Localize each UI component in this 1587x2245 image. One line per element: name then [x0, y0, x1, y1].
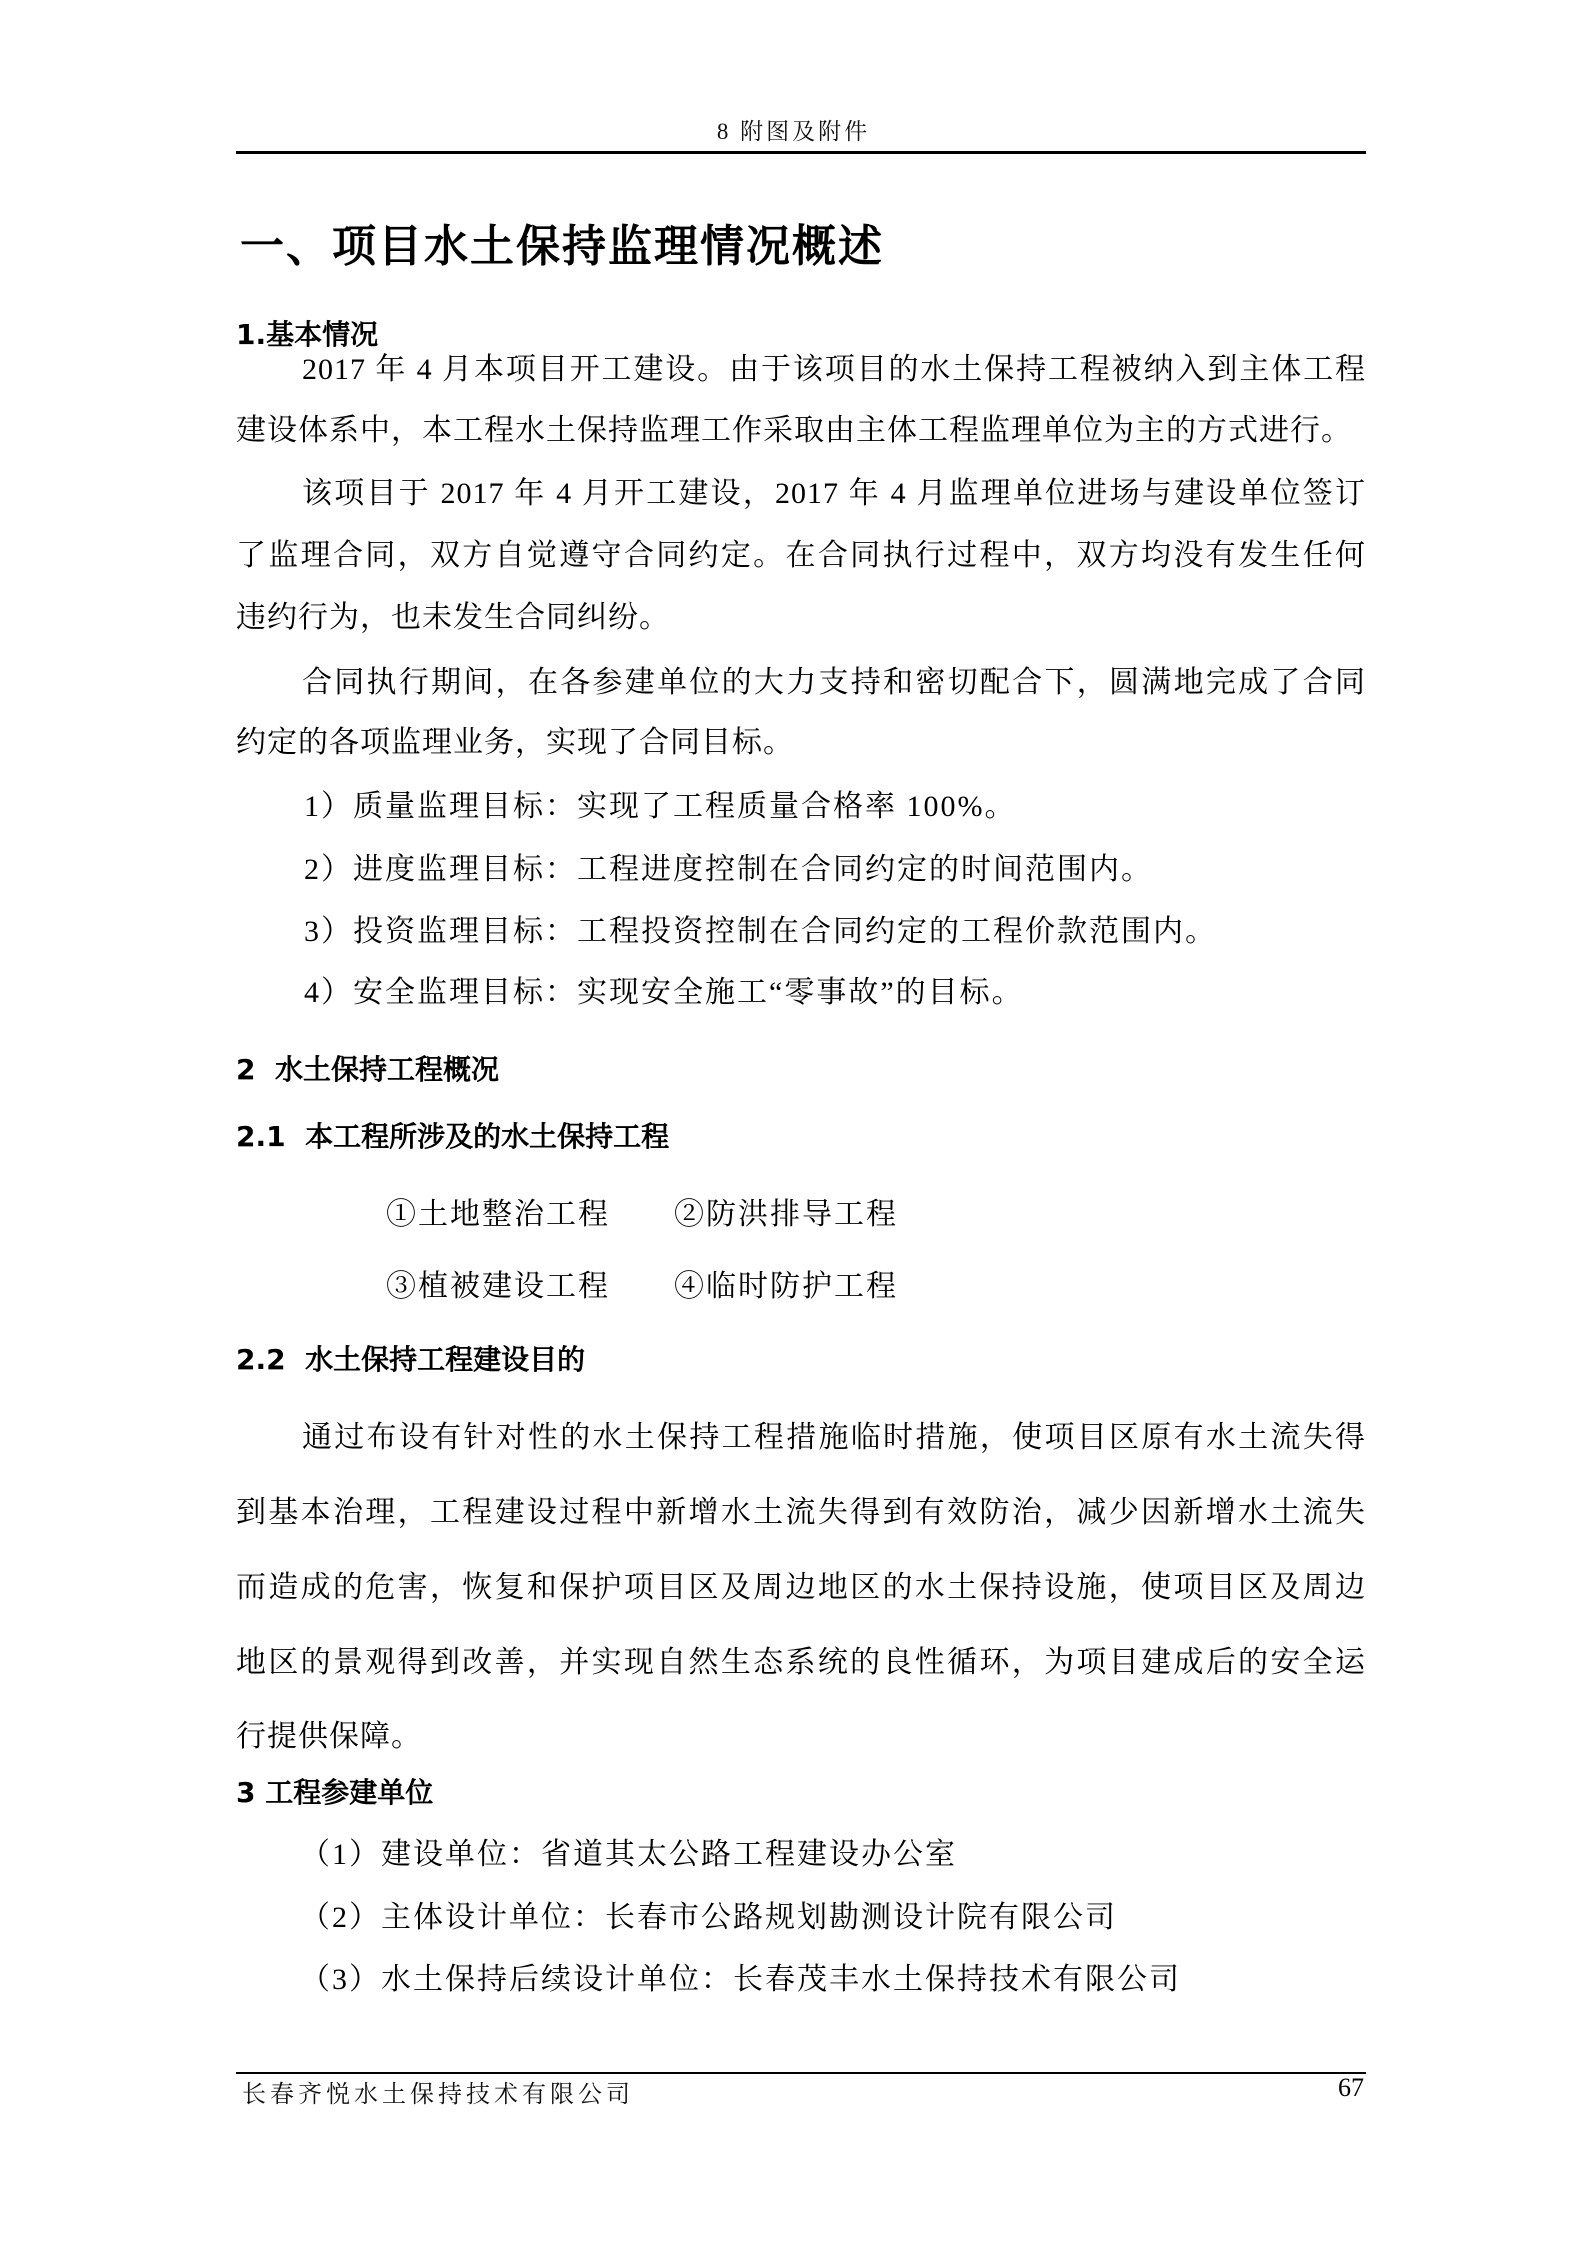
paragraph-line: 合同执行期间，在各参建单位的大力支持和密切配合下，圆满地完成了合同 — [302, 665, 1366, 701]
unit-item: （3）水土保持后续设计单位：长春茂丰水土保持技术有限公司 — [300, 1962, 1181, 1998]
paragraph-line: 约定的各项监理业务，实现了合同目标。 — [236, 725, 1366, 761]
running-header: 8 附图及附件 — [0, 118, 1587, 146]
paragraph-line: 该项目于 2017 年 4 月开工建设，2017 年 4 月监理单位进场与建设单… — [302, 476, 1366, 512]
page-title: 一、项目水土保持监理情况概述 — [240, 222, 884, 272]
works-item: ①土地整治工程 — [386, 1197, 610, 1233]
goal-item: 2）进度监理目标：工程进度控制在合同约定的时间范围内。 — [304, 852, 1153, 888]
paragraph-line: 违约行为，也未发生合同纠纷。 — [236, 600, 1366, 636]
works-item: ④临时防护工程 — [674, 1269, 898, 1305]
header-rule — [236, 151, 1366, 154]
unit-item: （1）建设单位：省道其太公路工程建设办公室 — [300, 1837, 957, 1873]
goal-item: 1）质量监理目标：实现了工程质量合格率 100%。 — [304, 789, 1017, 825]
paragraph-line: 通过布设有针对性的水土保持工程措施临时措施，使项目区原有水土流失得 — [302, 1420, 1366, 1456]
goal-item: 4）安全监理目标：实现安全施工“零事故”的目标。 — [304, 975, 1024, 1011]
paragraph-line: 地区的景观得到改善，并实现自然生态系统的良性循环，为项目建成后的安全运 — [236, 1645, 1366, 1681]
section-2-heading: 2 水土保持工程概况 — [236, 1053, 499, 1087]
section-1-heading: 1.基本情况 — [236, 318, 378, 352]
section-2-1-heading: 2.1 本工程所涉及的水土保持工程 — [236, 1120, 669, 1154]
section-2-2-heading: 2.2 水土保持工程建设目的 — [236, 1343, 585, 1377]
paragraph-line: 2017 年 4 月本项目开工建设。由于该项目的水土保持工程被纳入到主体工程 — [302, 352, 1366, 388]
goal-item: 3）投资监理目标：工程投资控制在合同约定的工程价款范围内。 — [304, 914, 1217, 950]
paragraph-line: 到基本治理，工程建设过程中新增水土流失得到有效防治，减少因新增水土流失 — [236, 1495, 1366, 1531]
works-item: ②防洪排导工程 — [674, 1197, 898, 1233]
paragraph-line: 而造成的危害，恢复和保护项目区及周边地区的水土保持设施，使项目区及周边 — [236, 1570, 1366, 1606]
footer-company: 长春齐悦水土保持技术有限公司 — [242, 2080, 634, 2108]
page-number: 67 — [1320, 2074, 1364, 2102]
section-3-heading: 3 工程参建单位 — [236, 1776, 433, 1810]
works-item: ③植被建设工程 — [386, 1269, 610, 1305]
footer-rule — [236, 2072, 1366, 2074]
paragraph-line: 建设体系中，本工程水土保持监理工作采取由主体工程监理单位为主的方式进行。 — [236, 413, 1366, 449]
unit-item: （2）主体设计单位：长春市公路规划勘测设计院有限公司 — [300, 1900, 1117, 1936]
paragraph-line: 行提供保障。 — [236, 1719, 1366, 1755]
paragraph-line: 了监理合同，双方自觉遵守合同约定。在合同执行过程中，双方均没有发生任何 — [236, 538, 1366, 574]
